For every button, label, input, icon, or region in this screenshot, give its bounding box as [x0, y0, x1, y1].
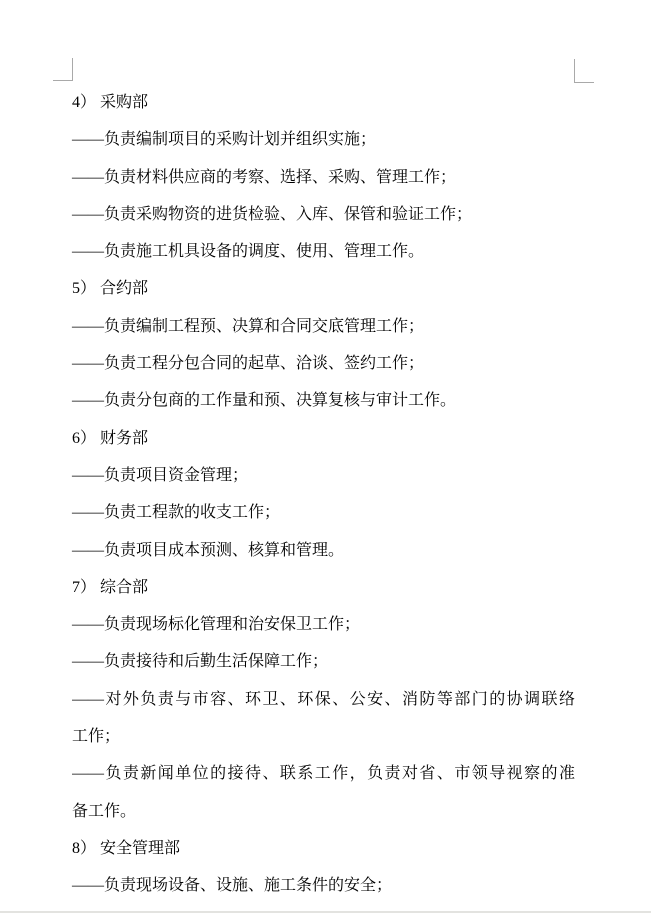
- section-heading: 4） 采购部: [72, 84, 575, 121]
- paragraph-line: ——负责新闻单位的接待、联系工作，负责对省、市领导视察的准: [72, 755, 575, 792]
- page-bottom-edge: [0, 911, 651, 913]
- paragraph-line: ——负责现场标化管理和治安保卫工作；: [72, 606, 575, 643]
- section-heading: 8） 安全管理部: [72, 830, 575, 867]
- paragraph-line: 工作；: [72, 718, 575, 755]
- paragraph-line: ——负责分包商的工作量和预、决算复核与审计工作。: [72, 382, 575, 419]
- margin-mark-top-right-icon: [574, 59, 594, 83]
- document-page: 4） 采购部——负责编制项目的采购计划并组织实施；——负责材料供应商的考察、选择…: [0, 0, 651, 917]
- paragraph-line: ——对外负责与市容、环卫、环保、公安、消防等部门的协调联络: [72, 681, 575, 718]
- paragraph-line: ——负责工程分包合同的起草、洽谈、签约工作；: [72, 345, 575, 382]
- paragraph-line: ——负责采购物资的进货检验、入库、保管和验证工作；: [72, 196, 575, 233]
- paragraph-line: ——负责项目成本预测、核算和管理。: [72, 532, 575, 569]
- section-heading: 6） 财务部: [72, 420, 575, 457]
- paragraph-line: ——负责现场设备、设施、施工条件的安全；: [72, 867, 575, 904]
- paragraph-line: ——负责施工机具设备的调度、使用、管理工作。: [72, 233, 575, 270]
- paragraph-line: ——负责接待和后勤生活保障工作；: [72, 643, 575, 680]
- paragraph-line: ——负责编制工程预、决算和合同交底管理工作；: [72, 308, 575, 345]
- paragraph-line: ——负责材料供应商的考察、选择、采购、管理工作；: [72, 159, 575, 196]
- section-heading: 7） 综合部: [72, 569, 575, 606]
- margin-mark-top-left-icon: [53, 58, 73, 81]
- paragraph-line: ——负责工程款的收支工作；: [72, 494, 575, 531]
- section-heading: 5） 合约部: [72, 270, 575, 307]
- document-content: 4） 采购部——负责编制项目的采购计划并组织实施；——负责材料供应商的考察、选择…: [72, 84, 575, 905]
- paragraph-line: ——负责项目资金管理；: [72, 457, 575, 494]
- paragraph-line: 备工作。: [72, 793, 575, 830]
- paragraph-line: ——负责编制项目的采购计划并组织实施；: [72, 121, 575, 158]
